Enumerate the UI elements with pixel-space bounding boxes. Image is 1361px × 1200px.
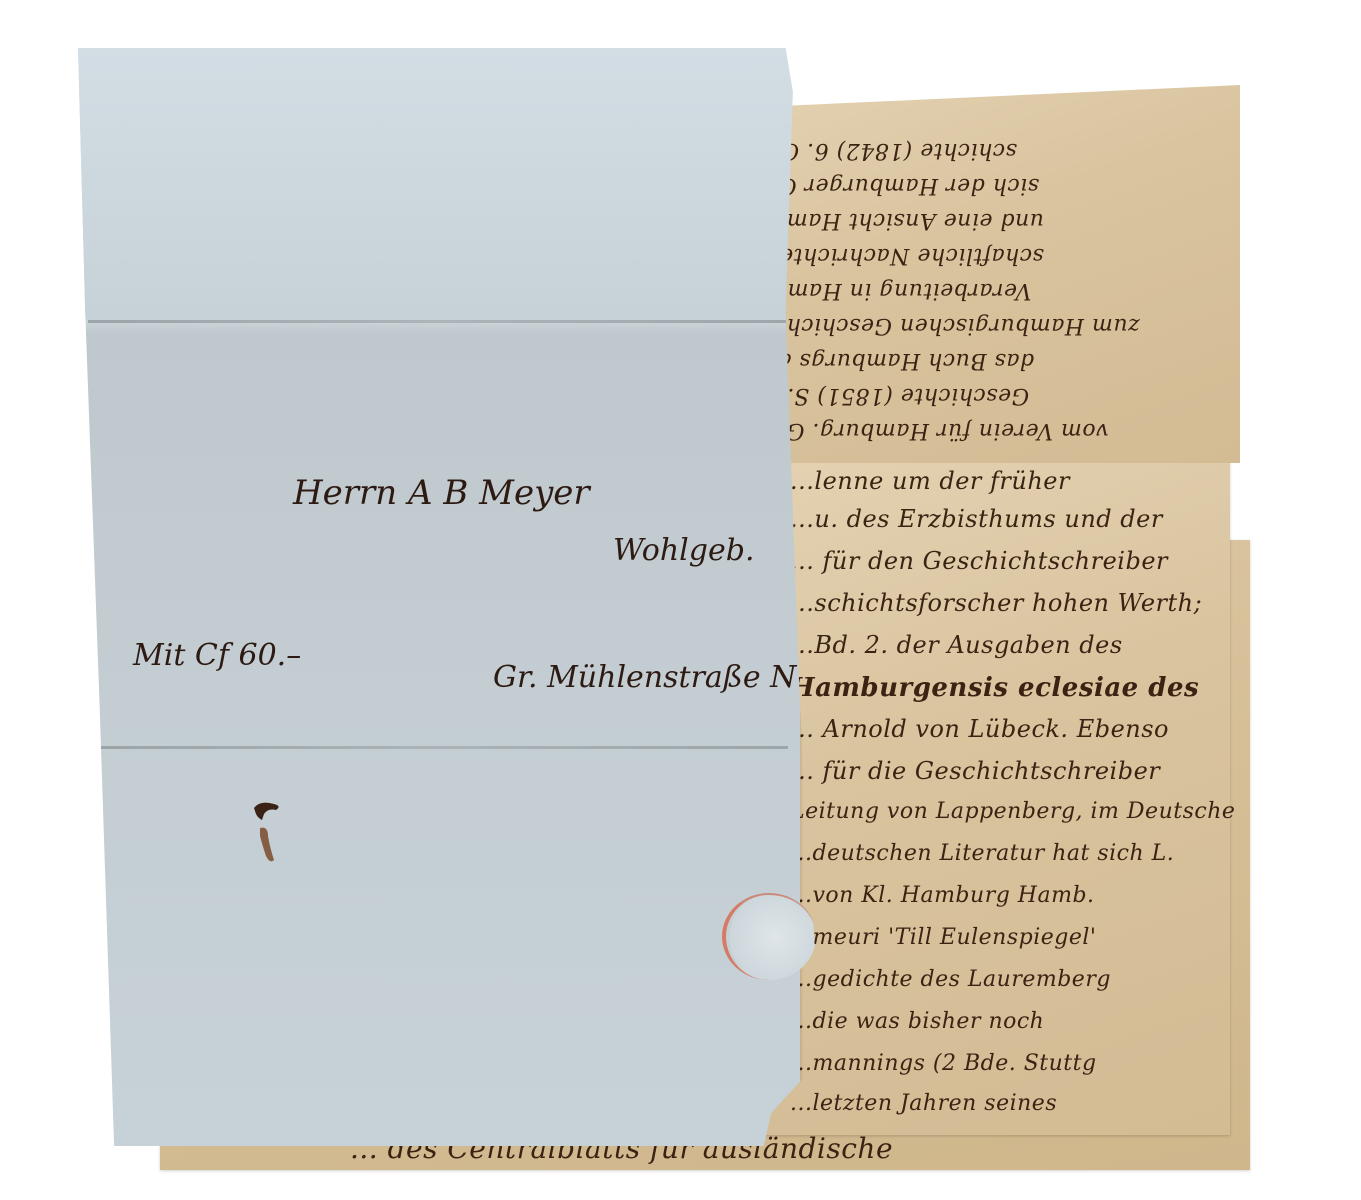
- handwritten-line: Hamburgensis eclesiae des: [790, 673, 1199, 703]
- handwritten-line: ...deutschen Literatur hat sich L.: [790, 841, 1174, 866]
- handwritten-line: ...letzten Jahren seines: [790, 1091, 1057, 1116]
- handwritten-line: ...u. des Erzbisthums und der: [790, 505, 1163, 533]
- handwritten-line: Leitung von Lappenberg, im Deutsche: [790, 799, 1235, 824]
- letter-page-main: ...lenne um der früher ...u. des Erzbist…: [760, 455, 1230, 1135]
- handwritten-line: ...schichtsforscher hohen Werth;: [790, 589, 1202, 617]
- handwritten-line: ...die was bisher noch: [790, 1009, 1044, 1034]
- postage-note: Mit Cf 60.–: [133, 638, 301, 673]
- handwritten-line: das Buch Hamburgs ac: [765, 348, 1034, 373]
- fold-line: [88, 746, 788, 749]
- handwritten-line: ... Arnold von Lübeck. Ebenso: [790, 715, 1169, 743]
- address-honorific: Wohlgeb.: [613, 533, 754, 568]
- handwritten-line: ...von Kl. Hamburg Hamb.: [790, 883, 1095, 908]
- handwritten-line: schichte (1842) 6. Gr.: [765, 138, 1017, 163]
- envelope-flap: [78, 48, 800, 320]
- handwritten-line: zum Hamburgischen Geschichts: [765, 313, 1140, 338]
- address-street: Gr. Mühlenstraße N 44: [493, 660, 844, 695]
- handwritten-line: schaftliche Nachrichten: [765, 243, 1044, 268]
- handwritten-line: sich der Hamburger Ge: [765, 173, 1039, 198]
- handwritten-line: Verarbeitung in Hamb.: [765, 278, 1031, 303]
- address-recipient: Herrn A B Meyer: [293, 473, 590, 513]
- fold-line: [88, 320, 788, 323]
- handwritten-line: und eine Ansicht Hamm: [765, 208, 1044, 233]
- ink-stain-icon: [248, 800, 288, 870]
- handwritten-line: ...mannings (2 Bde. Stuttg: [790, 1051, 1097, 1076]
- handwritten-line: ...meuri 'Till Eulenspiegel': [790, 925, 1096, 950]
- handwritten-line: vom Verein für Hamburg. Ge-: [765, 418, 1109, 443]
- handwritten-line: ... für den Geschichtschreiber: [790, 547, 1168, 575]
- handwritten-line: ...gedichte des Lauremberg: [790, 967, 1111, 992]
- handwritten-line: Geschichte (1851) S. 1: [765, 383, 1029, 408]
- upside-down-text-block: vom Verein für Hamburg. Ge- Geschichte (…: [735, 85, 1240, 463]
- envelope: Herrn A B Meyer Wohlgeb. Mit Cf 60.– Gr.…: [78, 48, 800, 1146]
- letter-page-upside-down: vom Verein für Hamburg. Ge- Geschichte (…: [735, 85, 1240, 463]
- handwritten-line: ...Bd. 2. der Ausgaben des: [790, 631, 1123, 659]
- wax-seal-remnant: [722, 893, 816, 980]
- handwritten-line: ...lenne um der früher: [790, 467, 1070, 495]
- handwritten-line: ... für die Geschichtschreiber: [790, 757, 1160, 785]
